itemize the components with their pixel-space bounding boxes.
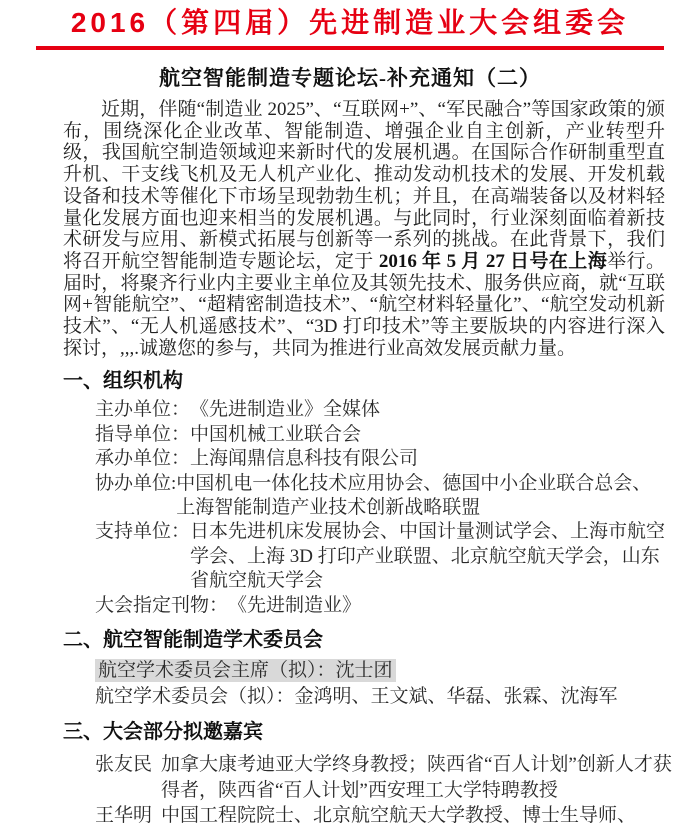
guest-name: 王华明: [95, 803, 161, 823]
org-label: 协办单位:: [95, 472, 176, 521]
organizer-title: 2016（第四届）先进制造业大会组委会: [0, 0, 700, 39]
org-label: 承办单位：: [95, 447, 190, 471]
org-value: 中国机电一体化技术应用协会、德国中小企业联合总会、上海智能制造产业技术创新战略联…: [176, 472, 670, 521]
org-label: 主办单位：: [95, 398, 190, 422]
section-1-heading: 一、组织机构: [63, 370, 700, 393]
committee-block: 航空学术委员会主席（拟）：沈士团 航空学术委员会（拟）：金鸿明、王文斌、华磊、张…: [95, 658, 670, 710]
committee-members-line: 航空学术委员会（拟）：金鸿明、王文斌、华磊、张霖、沈海军: [95, 684, 670, 710]
committee-chair-highlighted-text: 航空学术委员会主席（拟）：沈士团: [95, 659, 396, 682]
org-value: 《先进制造业》: [228, 594, 670, 618]
section-2-number: 二、: [63, 629, 103, 651]
guest-name: 张友民: [95, 752, 161, 803]
org-item-guidance: 指导单位： 中国机械工业联合会: [95, 423, 670, 447]
document-page: 2016（第四届）先进制造业大会组委会 航空智能制造专题论坛-补充通知（二） 近…: [0, 0, 700, 823]
committee-chair-line: 航空学术委员会主席（拟）：沈士团: [95, 658, 670, 684]
header-divider: [36, 46, 664, 50]
document-title: 航空智能制造专题论坛-补充通知（二）: [0, 65, 700, 91]
organizer-banner: 2016（第四届）先进制造业大会组委会: [0, 0, 700, 50]
section-3-number: 三、: [63, 721, 103, 743]
section-1-number: 一、: [63, 370, 103, 392]
intro-text-before-date: 近期，伴随“制造业 2025”、“互联网+”、“军民融合”等国家政策的颁布，围绕…: [63, 99, 665, 272]
guest-description: 中国工程院院士、北京航空航天大学教授、博士生导师、: [161, 803, 672, 823]
intro-paragraph: 近期，伴随“制造业 2025”、“互联网+”、“军民融合”等国家政策的颁布，围绕…: [63, 99, 665, 359]
section-guests: 三、大会部分拟邀嘉宾 张友民 加拿大康考迪亚大学终身教授；陕西省“百人计划”创新…: [0, 721, 700, 823]
organization-list: 主办单位： 《先进制造业》全媒体 指导单位： 中国机械工业联合会 承办单位： 上…: [95, 398, 670, 618]
org-value: 《先进制造业》全媒体: [190, 398, 670, 422]
section-3-heading: 三、大会部分拟邀嘉宾: [63, 721, 700, 744]
org-label: 支持单位：: [95, 520, 190, 593]
section-2-heading: 二、航空智能制造学术委员会: [63, 629, 700, 652]
guest-list: 张友民 加拿大康考迪亚大学终身教授；陕西省“百人计划”创新人才获得者，陕西省“百…: [95, 752, 672, 823]
org-item-supporter: 支持单位： 日本先进机床发展协会、中国计量测试学会、上海市航空学会、上海 3D …: [95, 520, 670, 593]
org-item-co-organizer: 协办单位: 中国机电一体化技术应用协会、德国中小企业联合总会、上海智能制造产业技…: [95, 472, 670, 521]
org-value: 中国机械工业联合会: [190, 423, 670, 447]
guest-description: 加拿大康考迪亚大学终身教授；陕西省“百人计划”创新人才获得者，陕西省“百人计划”…: [161, 752, 672, 803]
section-organization: 一、组织机构 主办单位： 《先进制造业》全媒体 指导单位： 中国机械工业联合会 …: [0, 370, 700, 618]
event-date-location: 2016 年 5 月 27 日号在上海: [379, 251, 607, 272]
org-value: 日本先进机床发展协会、中国计量测试学会、上海市航空学会、上海 3D 打印产业联盟…: [190, 520, 670, 593]
org-label: 指导单位：: [95, 423, 190, 447]
section-committee: 二、航空智能制造学术委员会 航空学术委员会主席（拟）：沈士团 航空学术委员会（拟…: [0, 629, 700, 710]
org-label: 大会指定刊物：: [95, 594, 228, 618]
org-item-publication: 大会指定刊物： 《先进制造业》: [95, 594, 670, 618]
section-1-title: 组织机构: [103, 370, 183, 392]
guest-row: 王华明 中国工程院院士、北京航空航天大学教授、博士生导师、: [95, 803, 672, 823]
org-value: 上海闻鼎信息科技有限公司: [190, 447, 670, 471]
org-item-organizer: 承办单位： 上海闻鼎信息科技有限公司: [95, 447, 670, 471]
section-3-title: 大会部分拟邀嘉宾: [103, 721, 263, 743]
section-2-title: 航空智能制造学术委员会: [103, 629, 323, 651]
org-item-host: 主办单位： 《先进制造业》全媒体: [95, 398, 670, 422]
guest-row: 张友民 加拿大康考迪亚大学终身教授；陕西省“百人计划”创新人才获得者，陕西省“百…: [95, 752, 672, 803]
